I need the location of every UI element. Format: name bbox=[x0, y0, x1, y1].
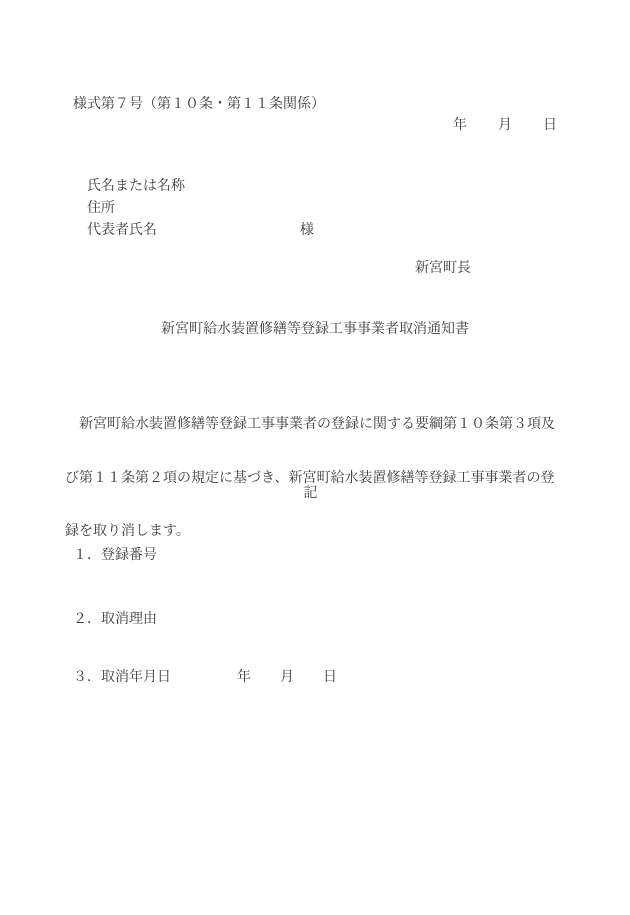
sender-title: 新宮町長 bbox=[415, 261, 471, 277]
item-cancellation-date-label: ３．取消年月日 bbox=[73, 670, 171, 686]
form-number: 様式第７号（第１０条・第１１条関係） bbox=[73, 97, 325, 113]
cancellation-date-year-label: 年 bbox=[237, 670, 251, 686]
issue-date-month-label: 月 bbox=[498, 118, 512, 134]
cancellation-date-month-label: 月 bbox=[280, 670, 294, 686]
addressee-honorific: 様 bbox=[300, 223, 314, 239]
cancellation-date-day-label: 日 bbox=[323, 670, 337, 686]
body-paragraph-line: 録を取り消します。 bbox=[65, 521, 577, 543]
body-paragraph-line: 新宮町給水装置修繕等登録工事事業者の登録に関する要綱第１０条第３項及 bbox=[65, 414, 577, 436]
document-page: 様式第７号（第１０条・第１１条関係） 年 月 日 氏名または名称 住所 代表者氏… bbox=[0, 0, 630, 915]
issue-date-day-label: 日 bbox=[543, 118, 557, 134]
record-marker: 記 bbox=[0, 486, 621, 502]
addressee-representative-label: 代表者氏名 bbox=[87, 223, 157, 239]
issue-date-year-label: 年 bbox=[453, 118, 467, 134]
item-cancellation-reason-label: ２．取消理由 bbox=[73, 612, 157, 628]
item-registration-number-label: １．登録番号 bbox=[73, 548, 157, 564]
addressee-name-label: 氏名または名称 bbox=[87, 179, 185, 195]
addressee-address-label: 住所 bbox=[87, 201, 115, 217]
body-paragraph: 新宮町給水装置修繕等登録工事事業者の登録に関する要綱第１０条第３項及 び第１１条… bbox=[65, 382, 577, 575]
document-title: 新宮町給水装置修繕等登録工事事業者取消通知書 bbox=[0, 322, 630, 338]
